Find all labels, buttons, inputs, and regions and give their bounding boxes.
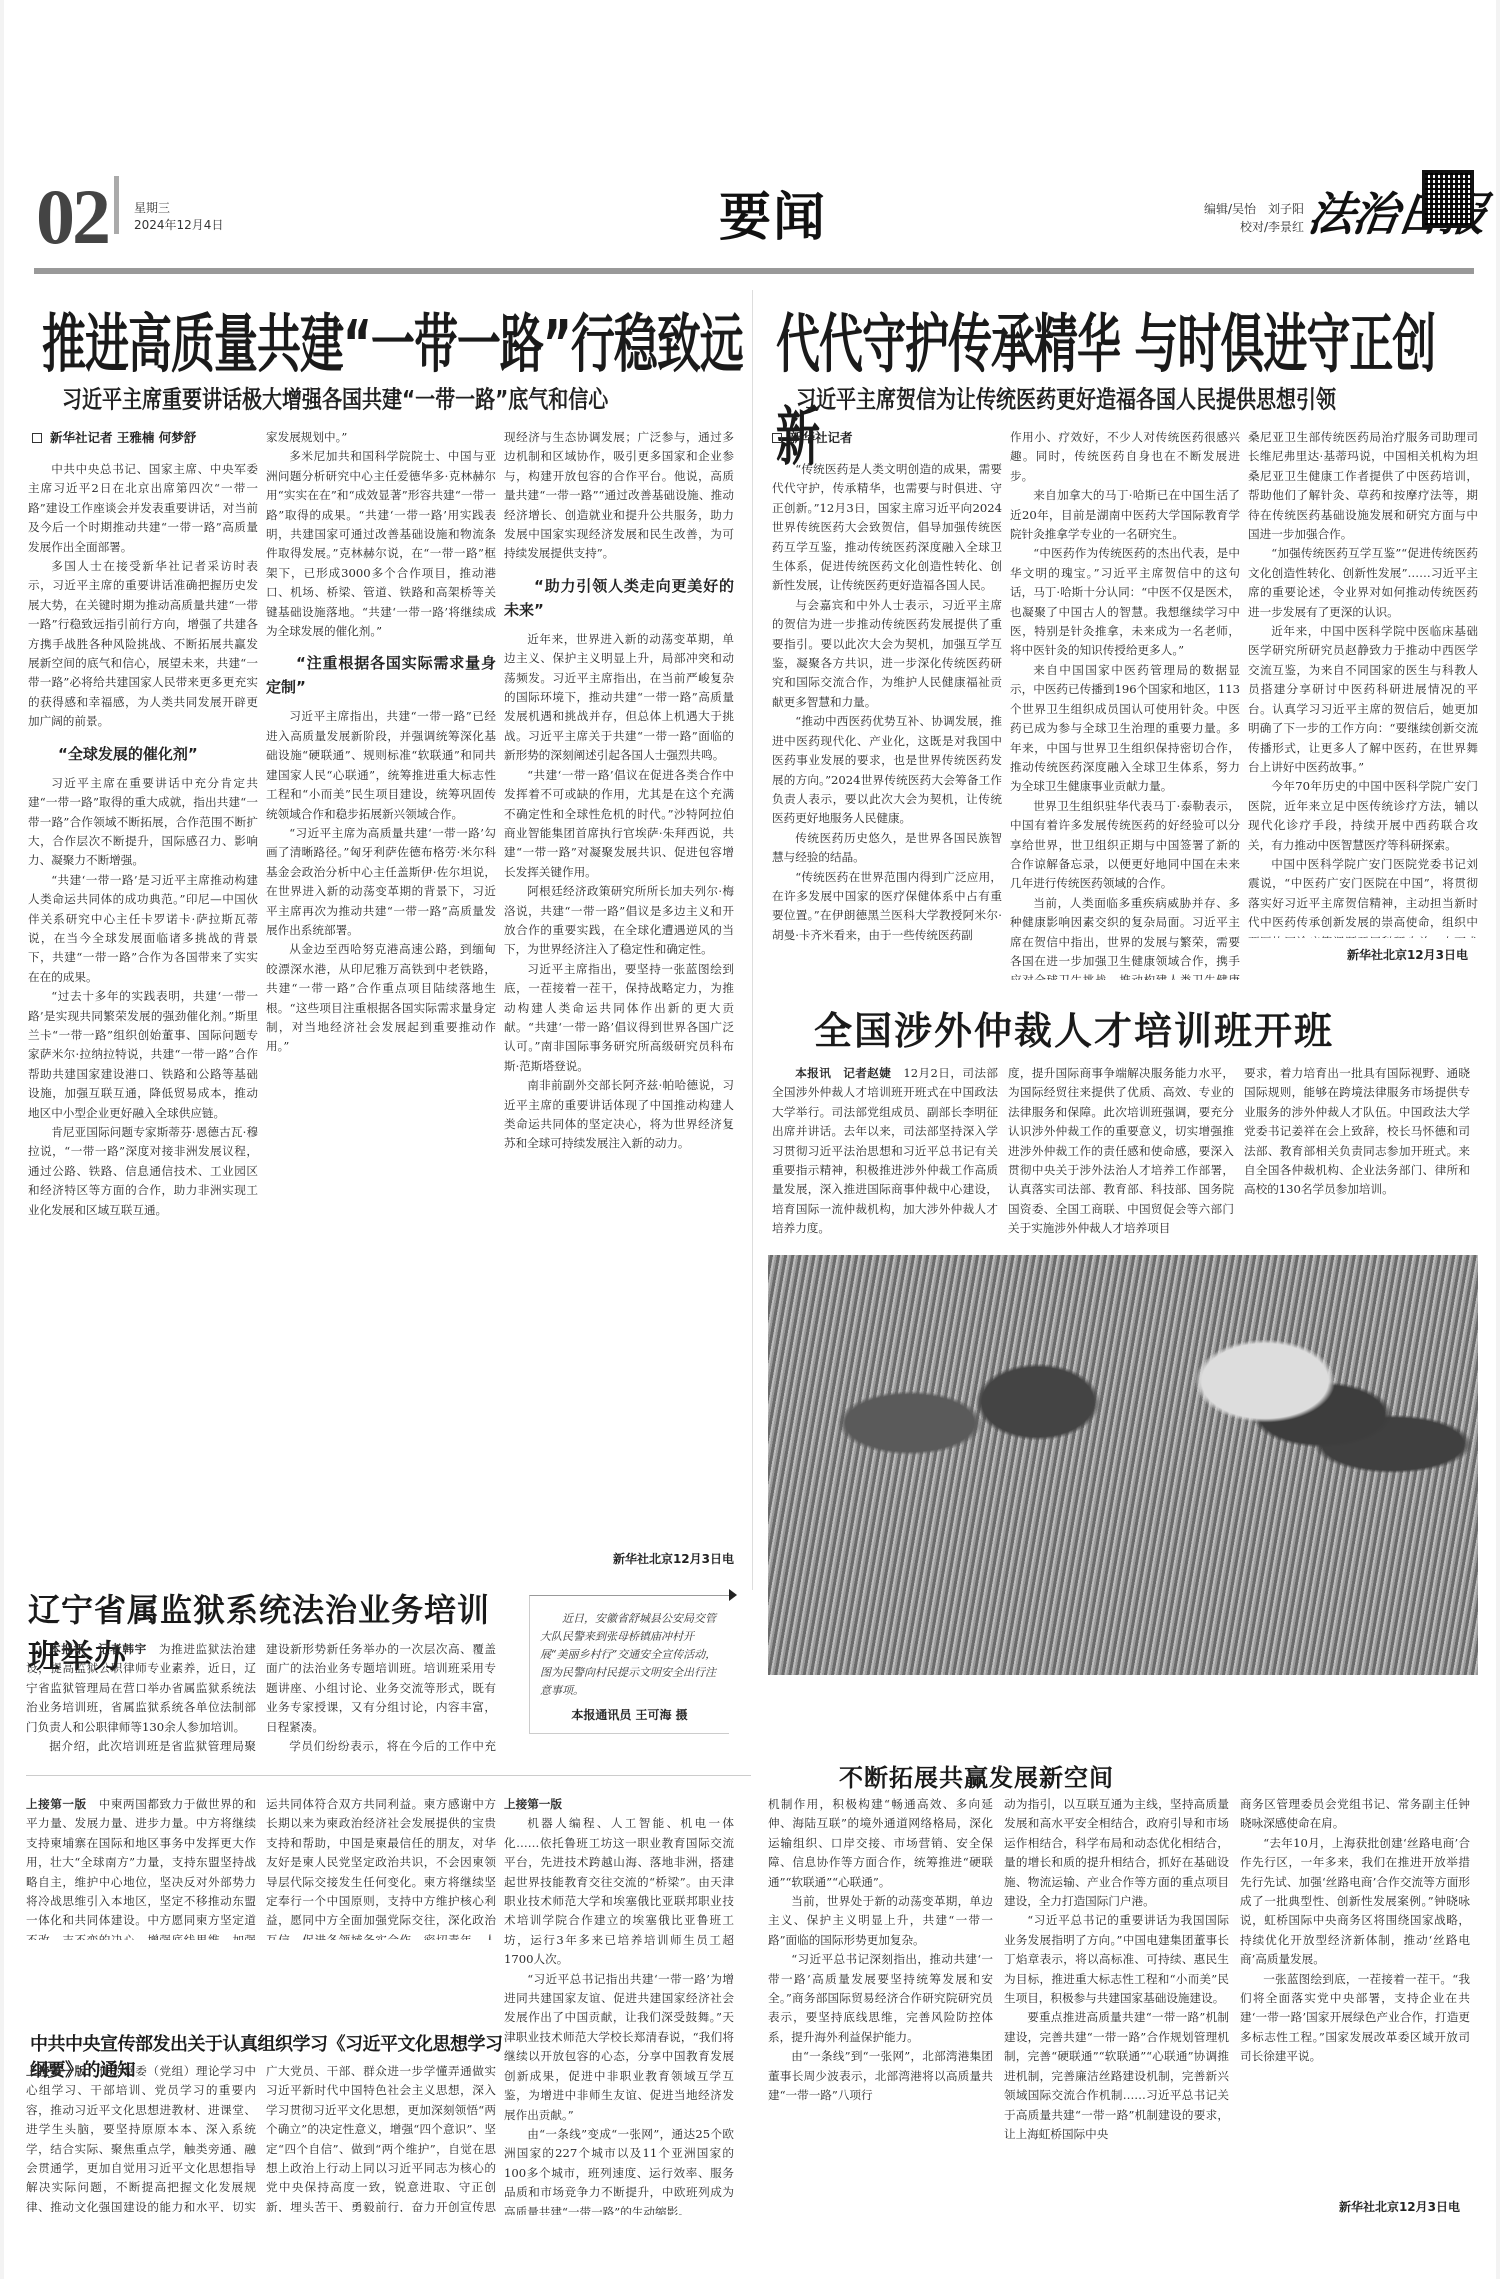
paragraph: 中共中央总书记、国家主席、中央军委主席习近平2日在北京出席第四次“一带一路”建设… bbox=[28, 460, 258, 557]
article7-headline: 不断拓展共赢发展新空间 bbox=[839, 1758, 1239, 1793]
article3-column-3: 要求，着力培育出一批具有国际视野、通晓国际规则，能够在跨境法律服务市场提供专业服… bbox=[1244, 1064, 1470, 1239]
photo-credit: 本报通讯员 王可海 摄 bbox=[540, 1706, 719, 1723]
qr-code-icon[interactable] bbox=[1422, 170, 1474, 228]
article1-column-1: 中共中央总书记、国家主席、中央军委主席习近平2日在北京出席第四次“一带一路”建设… bbox=[28, 460, 258, 1575]
article1-column-2: 家发展规划中。” 多米尼加共和国科学院院士、中国与亚洲问题分析研究中心主任爱德华… bbox=[266, 428, 496, 1575]
article7-column-4: 商务区管理委员会党组书记、常务副主任钟晓咏深感使命在肩。 “去年10月，上海获批… bbox=[1240, 1795, 1470, 2185]
article2-byline: 新华社记者 bbox=[772, 428, 853, 446]
paragraph: “习近平总书记的重要讲话为我国国际业务发展指明了方向。”中国电建集团董事长丁焰章… bbox=[1004, 1911, 1229, 2008]
paragraph: 据介绍，此次培训班是省监狱管理局聚焦全面依法治省、法治政府建设和公职律师队伍 bbox=[26, 1737, 256, 1755]
paragraph: 度，提升国际商事争端解决服务能力水平，为国际经贸往来提供了优质、高效、专业的法律… bbox=[1008, 1064, 1234, 1239]
paragraph: 当前，世界处于新的动荡变革期，单边主义、保护主义明显上升，共建“一带一路”面临的… bbox=[768, 1892, 993, 1950]
masthead-rule bbox=[34, 268, 1474, 274]
article2-column-1: “传统医药是人类文明创造的成果，需要代代守护，传承精华，也需要与时俱进、守正创新… bbox=[772, 460, 1002, 980]
caption-arrow-icon bbox=[729, 1589, 737, 1601]
paragraph: 作用小、疗效好，不少人对传统医药很感兴趣。同时，传统医药自身也在不断发展进步。 bbox=[1010, 428, 1240, 486]
paragraph: 从金边至西哈努克港高速公路，到缅甸皎漂深水港，从印尼雅万高铁到中老铁路，共建“一… bbox=[266, 940, 496, 1056]
paragraph: 来自加拿大的马丁·哈斯已在中国生活了近20年，目前是湖南中医药大学国际教育学院针… bbox=[1010, 486, 1240, 544]
paragraph: “加强传统医药互学互鉴”“促进传统医药文化创造性转化、创新性发展”……习近平主席… bbox=[1248, 544, 1478, 622]
paragraph: 家发展规划中。” bbox=[266, 428, 496, 447]
paragraph: 传统医药历史悠久，是世界各国民族智慧与经验的结晶。 bbox=[772, 829, 1002, 868]
paragraph: 习近平主席在重要讲话中充分肯定共建“一带一路”取得的重大成就，指出共建“一带一路… bbox=[28, 774, 258, 871]
paragraph: 12月2日，司法部全国涉外仲裁人才培训班开班式在中国政法大学举行。司法部党组成员… bbox=[772, 1066, 998, 1235]
paragraph: 现经济与生态协调发展；广泛参与，通过多边机制和区域协作，吸引更多国家和企业参与，… bbox=[504, 428, 734, 564]
article2-subheadline: 习近平主席贺信为让传统医药更好造福各国人民提供思想引领 bbox=[796, 380, 1486, 415]
proofreader: 校对/李景红 bbox=[1104, 218, 1304, 236]
paragraph: “习近平总书记指出共建‘一带一路’为增进同共建国家友谊、促进共建国家经济社会发展… bbox=[504, 1970, 734, 2125]
column-divider bbox=[752, 290, 753, 1590]
paragraph: 作为党委（党组）理论学习中心组学习、干部培训、党员学习的重要内容，推动习近平文化… bbox=[26, 2064, 256, 2212]
paragraph: 机器人编程、人工智能、机电一体化……依托鲁班工坊这一职业教育国际交流平台，先进技… bbox=[504, 1814, 734, 1969]
page-number-divider bbox=[114, 176, 119, 234]
paragraph: 要求，着力培育出一批具有国际视野、通晓国际规则，能够在跨境法律服务市场提供专业服… bbox=[1244, 1064, 1470, 1200]
paragraph: “中医药作为传统医药的杰出代表，是中华文明的瑰宝。”习近平主席贺信中的这句话，马… bbox=[1010, 544, 1240, 660]
article1-byline: 新华社记者 王雅楠 何梦舒 bbox=[32, 428, 196, 446]
paragraph: 运共同体符合双方共同利益。柬方感谢中方长期以来为柬政治经济社会发展提供的宝贵支持… bbox=[266, 1795, 496, 1940]
photo-caption-box: 近日，安徽省舒城县公安局交管大队民警来到张母桥镇庙冲村开展“美丽乡村行”交通安全… bbox=[529, 1595, 729, 1734]
article2-column-2: 作用小、疗效好，不少人对传统医药很感兴趣。同时，传统医药自身也在不断发展进步。 … bbox=[1010, 428, 1240, 980]
reporter: 记者韩宇 bbox=[98, 1642, 147, 1656]
paragraph: 近年来，中国中医科学院中医临床基础医学研究所研究员赵静致力于推动中西医学交流互鉴… bbox=[1248, 622, 1478, 777]
article1-dateline: 新华社北京12月3日电 bbox=[504, 1550, 734, 1567]
paragraph: 阿根廷经济政策研究所所长加夫列尔·梅洛说，共建“一带一路”倡议是多边主义和开放合… bbox=[504, 882, 734, 960]
subhead: “注重根据各国实际需求量身定制” bbox=[266, 651, 496, 699]
photo-caption: 近日，安徽省舒城县公安局交管大队民警来到张母桥镇庙冲村开展“美丽乡村行”交通安全… bbox=[540, 1610, 719, 1700]
paragraph: 南非前副外交部长阿齐兹·帕哈德说，习近平主席的重要讲话体现了中国推动构建人类命运… bbox=[504, 1076, 734, 1154]
paragraph: 肯尼亚国际问题专家斯蒂芬·恩德古瓦·穆拉说，“一带一路”深度对接非洲发展议程，通… bbox=[28, 1123, 258, 1220]
issue-date: 星期三 2024年12月4日 bbox=[134, 200, 223, 234]
paragraph: “习近平总书记深刻指出，推动共建‘一带一路’高质量发展要坚持统筹发展和安全。”商… bbox=[768, 1950, 993, 2047]
reporter: 记者赵婕 bbox=[843, 1066, 891, 1080]
article3-headline: 全国涉外仲裁人才培训班开班 bbox=[814, 1000, 1474, 1055]
news-photo bbox=[768, 1255, 1478, 1675]
lead-label: 上接第一版 bbox=[26, 2064, 87, 2078]
article7-column-1: 上接第一版 机器人编程、人工智能、机电一体化……依托鲁班工坊这一职业教育国际交流… bbox=[504, 1795, 734, 2215]
newspaper-page: 02 星期三 2024年12月4日 要闻 编辑/吴怡 刘子阳 校对/李景红 法治… bbox=[4, 0, 1496, 2279]
paragraph: 今年70年历史的中国中医科学院广安门医院，近年来立足中医传统诊疗方法，辅以现代化… bbox=[1248, 777, 1478, 855]
article5-column-1: 上接第一版 中柬两国都致力于做世界的和平力量、发展力量、进步力量。中方将继续支持… bbox=[26, 1795, 256, 1940]
editors-credit: 编辑/吴怡 刘子阳 校对/李景红 bbox=[1104, 200, 1304, 236]
article1-headline: 推进高质量共建“一带一路”行稳致远 bbox=[42, 292, 762, 385]
paragraph: 机制作用，积极构建“畅通高效、多向延伸、海陆互联”的境外通道网络格局，深化运输组… bbox=[768, 1795, 993, 1892]
article6-column-2: 广大党员、干部、群众进一步学懂弄通做实习近平新时代中国特色社会主义思想，深入学习… bbox=[266, 2062, 496, 2212]
article7-column-2: 机制作用，积极构建“畅通高效、多向延伸、海陆互联”的境外通道网络格局，深化运输组… bbox=[768, 1795, 993, 2215]
paragraph: 中国中医科学院广安门医院党委书记刘震说，“中医药广安门医院在中国”，将贯彻落实好… bbox=[1248, 855, 1478, 938]
paragraph: 中柬两国都致力于做世界的和平力量、发展力量、进步力量。中方将继续支持柬埔寨在国际… bbox=[26, 1797, 256, 1940]
article6-column-1: 上接第一版 作为党委（党组）理论学习中心组学习、干部培训、党员学习的重要内容，推… bbox=[26, 2062, 256, 2212]
lead-label: 本报讯 bbox=[795, 1066, 831, 1080]
paragraph: 多米尼加共和国科学院院士、中国与亚洲问题分析研究中心主任爱德华多·克林赫尔用“实… bbox=[266, 447, 496, 641]
paragraph: 当前，人类面临多重疾病威胁并存、多种健康影响因素交织的复杂局面。习近平主席在贺信… bbox=[1010, 894, 1240, 980]
paragraph: 要重点推进高质量共建“一带一路”机制建设，完善共建“一带一路”合作规划管理机制，… bbox=[1004, 2008, 1229, 2144]
paragraph: “传统医药是人类文明创造的成果，需要代代守护，传承精华，也需要与时俱进、守正创新… bbox=[772, 460, 1002, 596]
article4-column-1: 本报讯 记者韩宇 为推进监狱法治建设，提高监狱公职律师专业素养，近日，辽宁省监狱… bbox=[26, 1640, 256, 1755]
paragraph: 习近平主席指出，共建“一带一路”已经进入高质量发展新阶段，并强调统筹深化基础设施… bbox=[266, 707, 496, 823]
article4-column-2: 建设新形势新任务举办的一次层次高、覆盖面广的法治业务专题培训班。培训班采用专题讲… bbox=[266, 1640, 496, 1755]
article7-dateline: 新华社北京12月3日电 bbox=[1240, 2198, 1460, 2215]
page-number: 02 bbox=[36, 178, 108, 256]
paragraph: 近年来，世界进入新的动荡变革期，单边主义、保护主义明显上升，局部冲突和动荡频发。… bbox=[504, 630, 734, 766]
paragraph: “推动中西医药优势互补、协调发展，推进中医药现代化、产业化，这既是对我国中医药事… bbox=[772, 712, 1002, 828]
paragraph: 桑尼亚卫生部传统医药局治疗服务司助理司长维尼弗里达·基蒂玛说，中国相关机构为坦桑… bbox=[1248, 428, 1478, 544]
article3-column-2: 度，提升国际商事争端解决服务能力水平，为国际经贸往来提供了优质、高效、专业的法律… bbox=[1008, 1064, 1234, 1239]
editors: 编辑/吴怡 刘子阳 bbox=[1104, 200, 1304, 218]
paragraph: 一张蓝图绘到底，一茬接着一茬干。“我们将全面落实党中央部署，支持企业在共建‘一带… bbox=[1240, 1970, 1470, 2067]
paragraph: 由“一条线”到“一张网”，北部湾港集团董事长周少波表示，北部湾港将以高质量共建“… bbox=[768, 2047, 993, 2105]
paragraph: “去年10月，上海获批创建‘丝路电商’合作先行区，一年多来，我们在推进开放举措先… bbox=[1240, 1834, 1470, 1970]
lead-label: 上接第一版 bbox=[504, 1795, 734, 1814]
article7-column-3: 动为指引，以互联互通为主线，坚持高质量发展和高水平安全相结合，政府引导和市场运作… bbox=[1004, 1795, 1229, 2215]
caption-text: 近日，安徽省舒城县公安局交管大队民警来到张母桥镇庙冲村开展“美丽乡村行”交通安全… bbox=[540, 1610, 719, 1700]
paragraph: 商务区管理委员会党组书记、常务副主任钟晓咏深感使命在肩。 bbox=[1240, 1795, 1470, 1834]
byline-box-icon bbox=[772, 433, 782, 443]
byline-box-icon bbox=[32, 433, 42, 443]
article1-column-3: 现经济与生态协调发展；广泛参与，通过多边机制和区域协作，吸引更多国家和企业参与，… bbox=[504, 428, 734, 1543]
article2-column-3: 桑尼亚卫生部传统医药局治疗服务司助理司长维尼弗里达·基蒂玛说，中国相关机构为坦桑… bbox=[1248, 428, 1478, 938]
paragraph: 来自中国国家中医药管理局的数据显示，中医药已传播到196个国家和地区，113个世… bbox=[1010, 661, 1240, 797]
paragraph: 多国人士在接受新华社记者采访时表示，习近平主席的重要讲话准确把握历史发展大势，在… bbox=[28, 557, 258, 732]
byline-text: 新华社记者 bbox=[790, 430, 853, 445]
paragraph: 习近平主席指出，要坚持一张蓝图绘到底，一茬接着一茬干，保持战略定力，为推动构建人… bbox=[504, 960, 734, 1076]
lead-label: 本报讯 bbox=[49, 1642, 86, 1656]
article1-subheadline: 习近平主席重要讲话极大增强各国共建“一带一路”底气和信心 bbox=[62, 380, 762, 415]
article2-dateline: 新华社北京12月3日电 bbox=[1248, 946, 1468, 963]
paragraph: 由“一条线”变成“一张网”，通达25个欧洲国家的227个城市以及11个亚洲国家的… bbox=[504, 2125, 734, 2215]
paragraph: “习近平主席为高质量共建‘一带一路’勾画了清晰路径。”匈牙利萨佐德布格劳·米尔科… bbox=[266, 824, 496, 940]
paragraph: 动为指引，以互联互通为主线，坚持高质量发展和高水平安全相结合，政府引导和市场运作… bbox=[1004, 1795, 1229, 1911]
date: 2024年12月4日 bbox=[134, 217, 223, 234]
section-title: 要闻 bbox=[719, 175, 827, 250]
article5-column-2: 运共同体符合双方共同利益。柬方感谢中方长期以来为柬政治经济社会发展提供的宝贵支持… bbox=[266, 1795, 496, 1940]
paragraph: 世界卫生组织驻华代表马丁·泰勒表示，中国有着许多发展传统医药的好经验可以分享给世… bbox=[1010, 797, 1240, 894]
paragraph: 建设新形势新任务举办的一次层次高、覆盖面广的法治业务专题培训班。培训班采用专题讲… bbox=[266, 1640, 496, 1737]
paragraph: 与会嘉宾和中外人士表示，习近平主席的贺信为进一步推动传统医药发展提供了重要指引。… bbox=[772, 596, 1002, 712]
paragraph: “共建‘一带一路’倡议在促进各类合作中发挥着不可或缺的作用，尤其是在这个充满不确… bbox=[504, 766, 734, 882]
paragraph: 广大党员、干部、群众进一步学懂弄通做实习近平新时代中国特色社会主义思想，深入学习… bbox=[266, 2062, 496, 2212]
byline-text: 新华社记者 王雅楠 何梦舒 bbox=[50, 430, 196, 445]
article3-column-1: 本报讯 记者赵婕 12月2日，司法部全国涉外仲裁人才培训班开班式在中国政法大学举… bbox=[772, 1064, 998, 1239]
weekday: 星期三 bbox=[134, 200, 223, 217]
section-divider bbox=[26, 1775, 751, 1776]
paragraph: “传统医药在世界范围内得到广泛应用，在许多发展中国家的医疗保健体系中占有重要位置… bbox=[772, 868, 1002, 946]
subhead: “全球发展的催化剂” bbox=[28, 742, 258, 766]
lead-label: 上接第一版 bbox=[26, 1797, 87, 1811]
paragraph: “过去十多年的实践表明，共建‘一带一路’是实现共同繁荣发展的强劲催化剂。”斯里兰… bbox=[28, 987, 258, 1123]
paragraph: “共建‘一带一路’是习近平主席推动构建人类命运共同体的成功典范。”印尼—中国伙伴… bbox=[28, 871, 258, 987]
paragraph: 学员们纷纷表示，将在今后的工作中充分运用在此次培训中学到的新知识、新理论，借鉴各… bbox=[266, 1737, 496, 1755]
subhead: “助力引领人类走向更美好的未来” bbox=[504, 574, 734, 622]
